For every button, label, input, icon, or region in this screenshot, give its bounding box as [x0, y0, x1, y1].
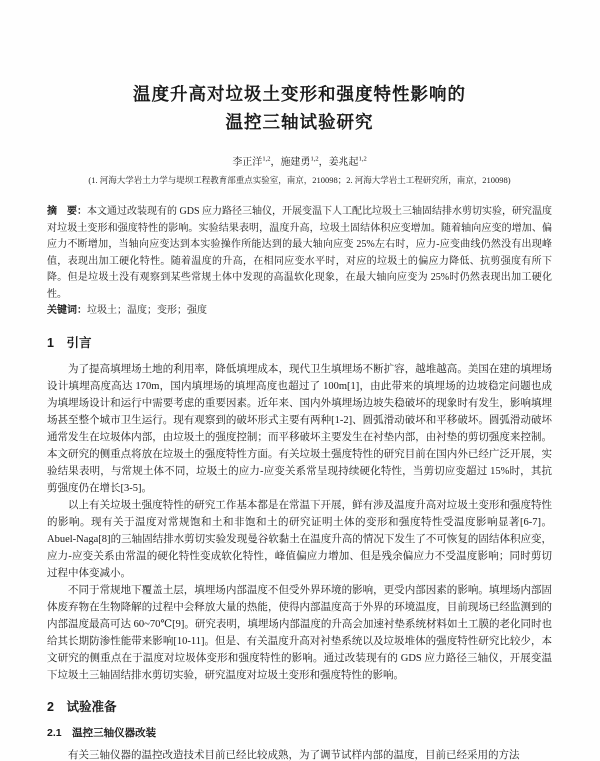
- paper-title-line2: 温控三轴试验研究: [47, 108, 552, 136]
- abstract-text: 本文通过改装现有的 GDS 应力路径三轴仪，开展变温下人工配比垃圾土三轴固结排水…: [47, 206, 552, 300]
- abstract-label: 摘 要：: [47, 206, 87, 217]
- author-2-name: 施建勇: [280, 157, 310, 168]
- author-1: 李正洋1,2，: [232, 157, 280, 168]
- keywords-line: 关键词：垃圾土；温度；变形；强度: [47, 303, 552, 320]
- author-3: 姜兆起1,2: [329, 157, 367, 168]
- section-1-heading: 1 引言: [47, 335, 552, 351]
- paper-page: 温度升高对垃圾土变形和强度特性影响的 温控三轴试验研究 李正洋1,2，施建勇1,…: [0, 0, 600, 761]
- intro-paragraph-2: 以上有关垃圾土强度特性的研究工作基本都是在常温下开展，鲜有涉及温度升高对垃圾土变…: [47, 497, 552, 582]
- abstract-block: 摘 要：本文通过改装现有的 GDS 应力路径三轴仪，开展变温下人工配比垃圾土三轴…: [47, 204, 552, 303]
- keywords-label: 关键词：: [47, 305, 87, 316]
- author-separator: ，: [270, 157, 280, 168]
- keywords-text: 垃圾土；温度；变形；强度: [87, 305, 207, 316]
- authors-line: 李正洋1,2，施建勇1,2，姜兆起1,2: [47, 156, 552, 170]
- section-2-1-heading: 2.1 温控三轴仪器改装: [47, 726, 552, 740]
- affiliation-line: (1. 河海大学岩土力学与堤坝工程教育部重点实验室，南京，210098；2. 河…: [47, 174, 552, 187]
- author-2-superscript: 1,2: [310, 156, 318, 163]
- author-2: 施建勇1,2，: [280, 157, 328, 168]
- author-3-name: 姜兆起: [329, 157, 359, 168]
- author-1-name: 李正洋: [232, 157, 262, 168]
- section-2-heading: 2 试验准备: [47, 699, 552, 715]
- intro-paragraph-1: 为了提高填埋场土地的利用率，降低填埋成本，现代卫生填埋场不断扩容，越堆越高。美国…: [47, 361, 552, 497]
- intro-paragraph-3: 不同于常规地下覆盖土层，填埋场内部温度不但受外界环境的影响，更受内部因素的影响。…: [47, 582, 552, 684]
- author-separator: ，: [319, 157, 329, 168]
- author-3-superscript: 1,2: [359, 156, 367, 163]
- paper-title: 温度升高对垃圾土变形和强度特性影响的 温控三轴试验研究: [47, 80, 552, 136]
- section-2-1-paragraph: 有关三轴仪器的温控改造技术目前已经比较成熟，为了调节试样内部的温度，目前已经采用…: [47, 747, 552, 761]
- paper-title-line1: 温度升高对垃圾土变形和强度特性影响的: [47, 80, 552, 108]
